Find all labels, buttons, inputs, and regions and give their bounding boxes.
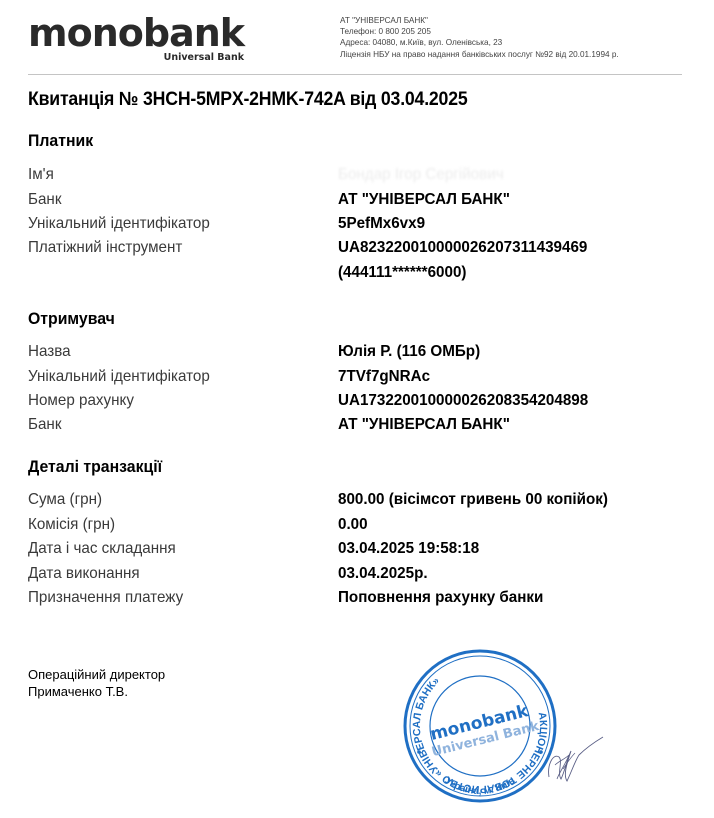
- row-label: Ім'я: [28, 163, 54, 188]
- row-label: Назва: [28, 340, 71, 365]
- row-label: Призначення платежу: [28, 586, 183, 611]
- row-value: UA823220010000026207311439469: [338, 236, 587, 261]
- row-value: 0.00: [338, 513, 368, 538]
- receipt-title: Квитанція № 3HCH-5MPX-2HMK-742A від 03.0…: [28, 89, 467, 111]
- signature-icon: [545, 735, 605, 785]
- monobank-logo: monobank Universal Bank: [28, 14, 244, 52]
- row-value: 03.04.2025 19:58:18: [338, 537, 479, 562]
- row-label: Унікальний ідентифікатор: [28, 212, 210, 237]
- logo-subtitle: Universal Bank: [164, 52, 244, 63]
- row-value: Поповнення рахунку банки: [338, 586, 543, 611]
- row-label: Сума (грн): [28, 488, 102, 513]
- payer-heading: Платник: [28, 131, 93, 151]
- bank-info-address: Адреса: 04080, м.Київ, вул. Оленівська, …: [340, 37, 619, 48]
- row-value: 800.00 (вісімсот гривень 00 копійок): [338, 488, 608, 513]
- row-value: АТ "УНІВЕРСАЛ БАНК": [338, 413, 510, 438]
- row-label: Платіжний інструмент: [28, 236, 182, 261]
- row-label: Дата виконання: [28, 562, 140, 587]
- row-label: Банк: [28, 188, 61, 213]
- bank-info-phone: Телефон: 0 800 205 205: [340, 26, 619, 37]
- row-value: 5PefMx6vx9: [338, 212, 425, 237]
- row-value: 7TVf7gNRAc: [338, 365, 430, 390]
- bank-info-name: АТ "УНІВЕРСАЛ БАНК": [340, 15, 619, 26]
- bank-stamp-icon: АКЦІОНЕРНЕ ТОВАРИСТВО «УНІВЕРСАЛ БАНК» У…: [402, 648, 558, 804]
- row-label: Унікальний ідентифікатор: [28, 365, 210, 390]
- signer-position: Операційний директор: [28, 666, 165, 683]
- row-label: Номер рахунку: [28, 389, 134, 414]
- row-label: Комісія (грн): [28, 513, 115, 538]
- signer-block: Операційний директор Примаченко Т.В.: [28, 666, 165, 700]
- row-value-card: (444111******6000): [338, 261, 466, 286]
- row-value: Юлія Р. (116 ОМБр): [338, 340, 480, 365]
- row-label: Банк: [28, 413, 61, 438]
- header-divider: [28, 74, 682, 75]
- payer-name-value: Бондар Ігор Сергійович: [338, 163, 504, 188]
- logo-brand: monobank: [28, 14, 244, 52]
- row-label: Дата і час складання: [28, 537, 176, 562]
- row-value: 03.04.2025р.: [338, 562, 428, 587]
- bank-info-license: Ліцензія НБУ на право надання банківськи…: [340, 49, 619, 60]
- row-value: UA173220010000026208354204898: [338, 389, 588, 414]
- transaction-heading: Деталі транзакції: [28, 457, 162, 477]
- signer-name: Примаченко Т.В.: [28, 683, 165, 700]
- recipient-heading: Отримувач: [28, 309, 115, 329]
- row-value: АТ "УНІВЕРСАЛ БАНК": [338, 188, 510, 213]
- bank-info: АТ "УНІВЕРСАЛ БАНК" Телефон: 0 800 205 2…: [340, 15, 619, 60]
